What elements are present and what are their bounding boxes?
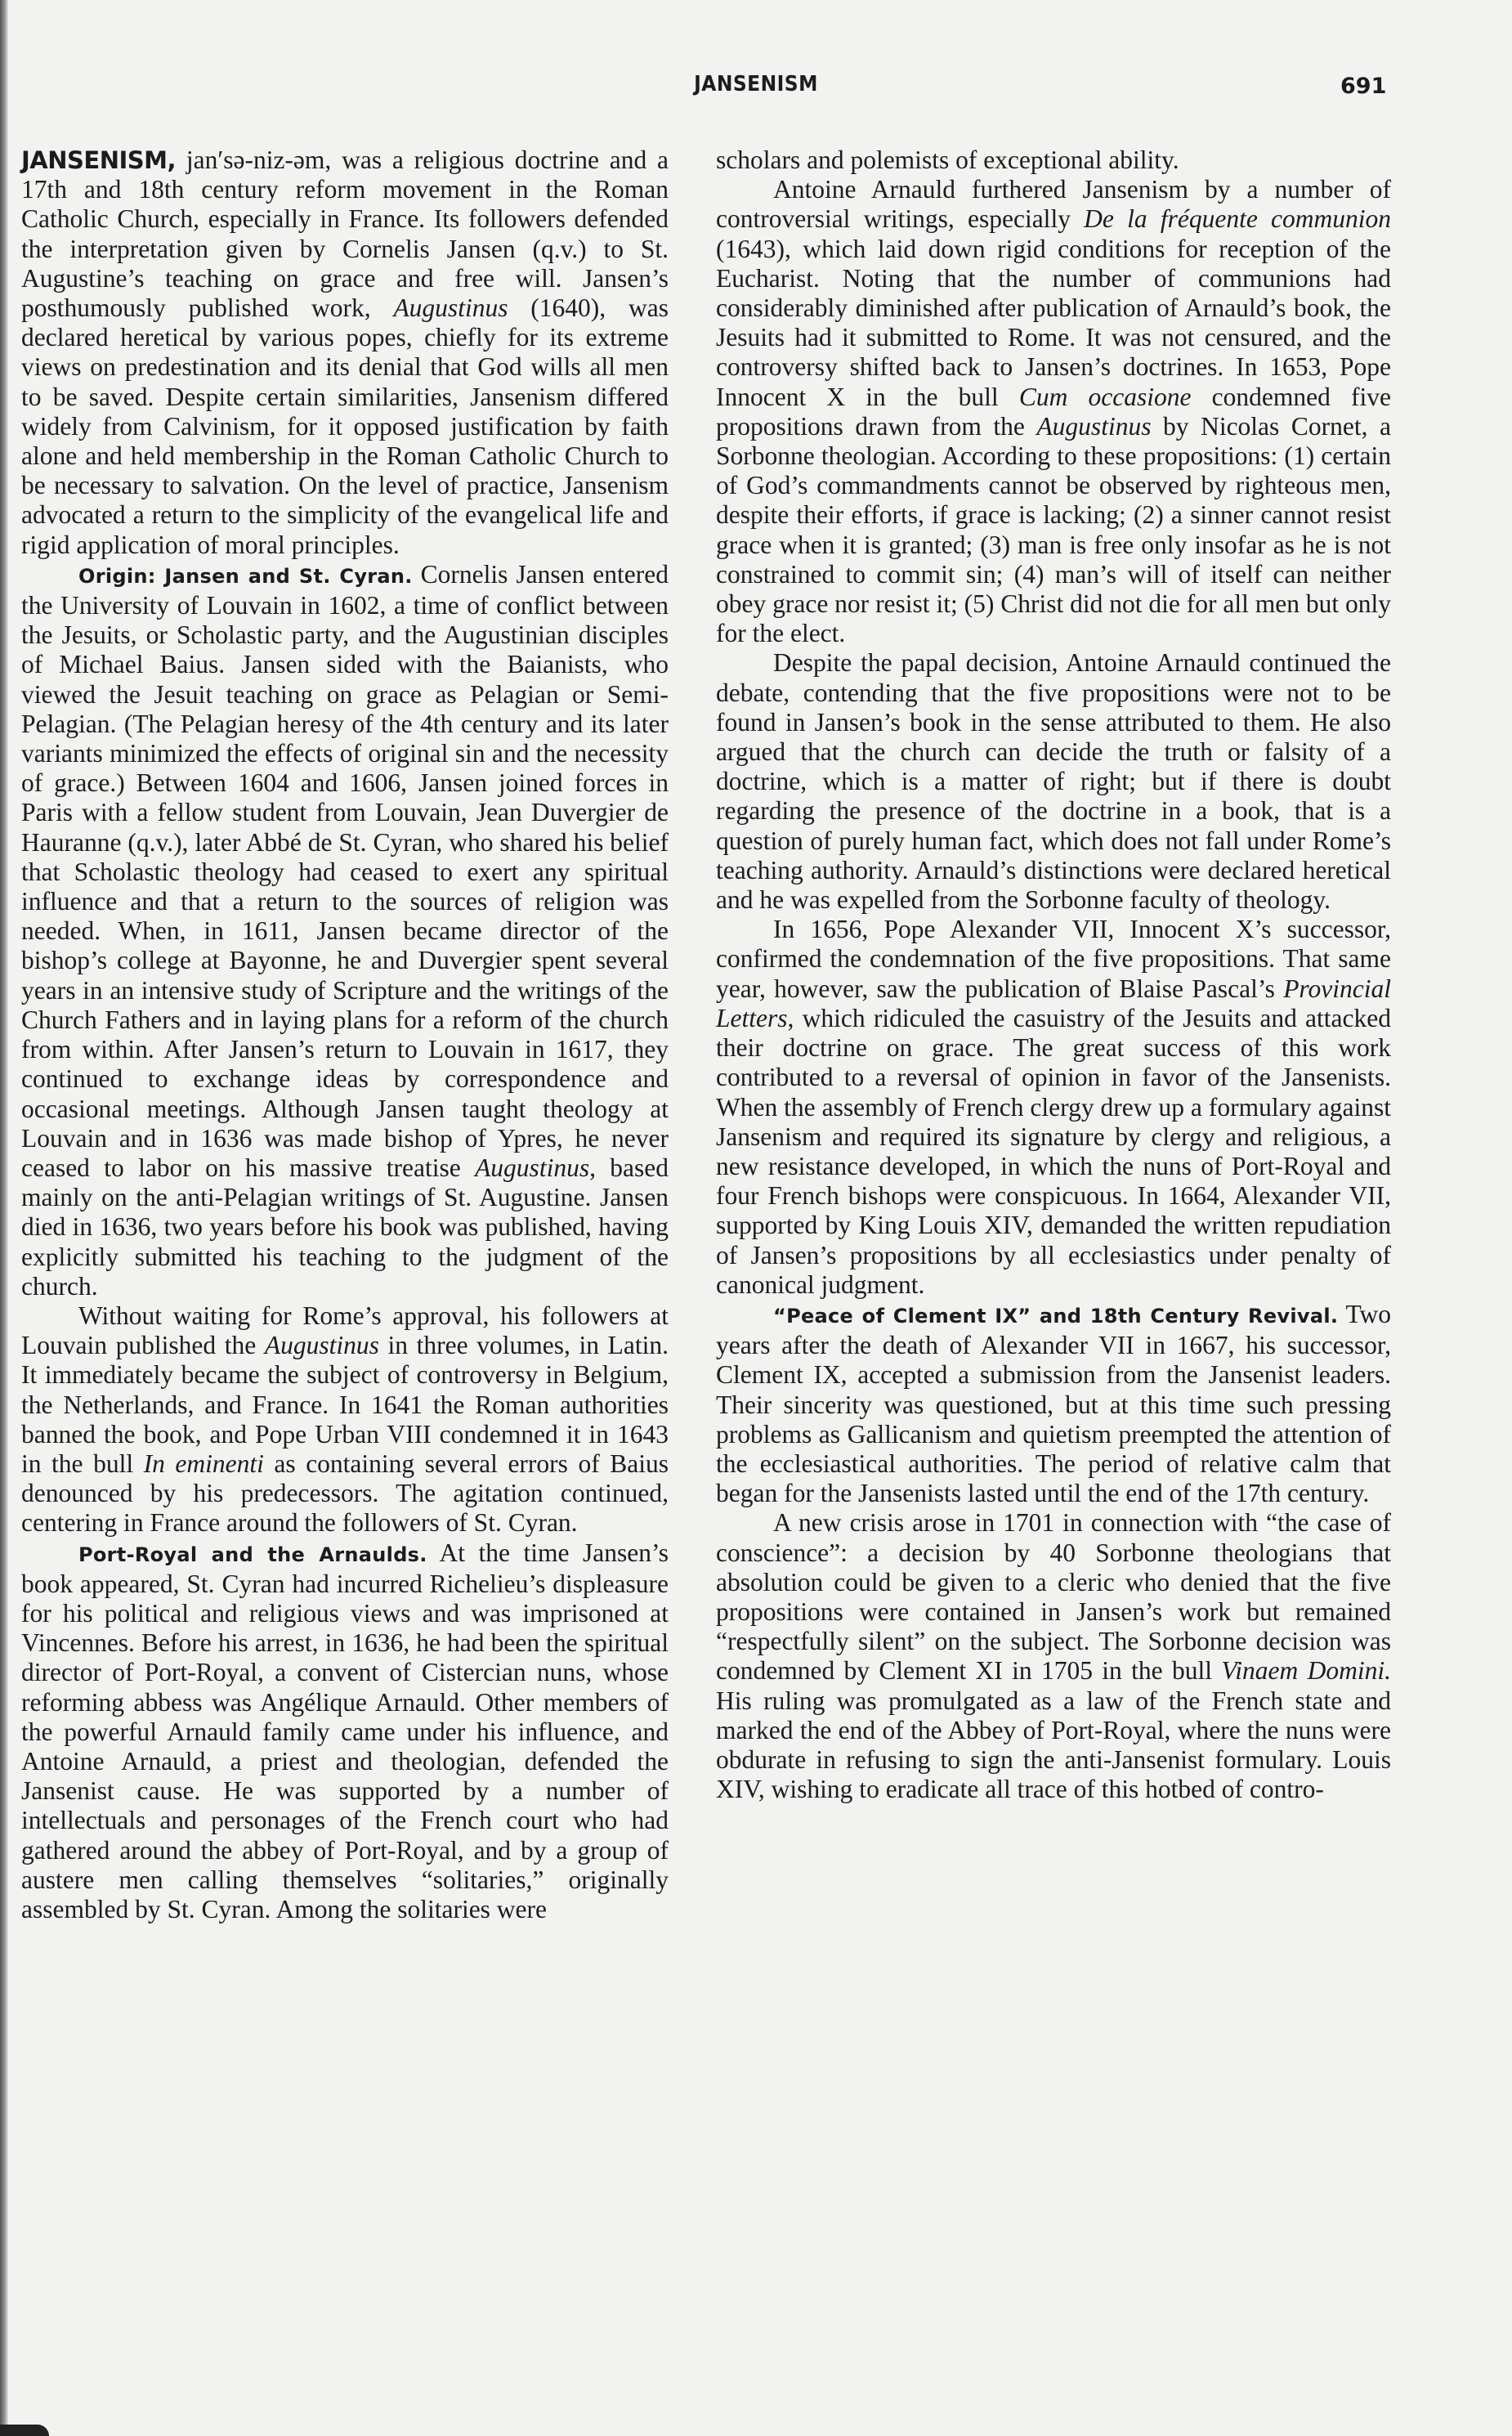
- paragraph-origin: Origin: Jansen and St. Cyran. Cornelis J…: [21, 560, 669, 1301]
- paragraph-text: His ruling was promulgated as a law of t…: [716, 1686, 1391, 1804]
- paragraph-text: Two years after the death of Alexander V…: [716, 1300, 1391, 1507]
- running-header: JANSENISM 691: [0, 72, 1512, 105]
- page-binding-shadow: [0, 0, 8, 2436]
- bull-title: Cum occasione: [1019, 383, 1192, 411]
- paragraph-arnauld: Antoine Arnauld furthered Jansenism by a…: [716, 175, 1391, 648]
- paragraph-1701-crisis: A new crisis arose in 1701 in connection…: [716, 1508, 1391, 1804]
- bull-title: Vinaem Domini.: [1221, 1656, 1391, 1685]
- book-title: Augustinus: [265, 1331, 379, 1359]
- text-column-left: JANSENISM, jan′sə-niz-əm, was a religiou…: [21, 146, 669, 1924]
- book-title: Augustinus: [475, 1153, 589, 1182]
- page-number: 691: [1340, 74, 1386, 99]
- paragraph-text: Cornelis Jansen entered the University o…: [21, 560, 669, 1182]
- bull-title: In eminenti: [144, 1449, 264, 1478]
- paragraph-text: scholars and polemists of exceptional ab…: [716, 146, 1179, 174]
- running-title: JANSENISM: [76, 72, 1437, 96]
- paragraph-text: At the time Jansen’s book appeared, St. …: [21, 1538, 669, 1923]
- section-heading: “Peace of Clement IX” and 18th Century R…: [773, 1305, 1338, 1328]
- book-title: Augustinus: [1036, 412, 1151, 441]
- paragraph-intro: JANSENISM, jan′sə-niz-əm, was a religiou…: [21, 146, 669, 560]
- book-title: Augustinus: [393, 293, 508, 322]
- section-heading: Origin: Jansen and St. Cyran.: [78, 565, 413, 588]
- text-column-right: scholars and polemists of exceptional ab…: [716, 146, 1391, 1804]
- article-headword: JANSENISM,: [21, 146, 176, 174]
- paragraph-text: by Nicolas Cornet, a Sorbonne theologian…: [716, 412, 1391, 647]
- paragraph-port-royal: Port-Royal and the Arnaulds. At the time…: [21, 1538, 669, 1925]
- book-title: De la fréquente communion: [1084, 204, 1391, 233]
- paragraph-papal-decision: Despite the papal decision, Antoine Arna…: [716, 648, 1391, 915]
- paragraph-continuation: scholars and polemists of exceptional ab…: [716, 146, 1391, 175]
- paragraph-1656: In 1656, Pope Alexander VII, Innocent X’…: [716, 915, 1391, 1300]
- paragraph-peace-of-clement: “Peace of Clement IX” and 18th Century R…: [716, 1300, 1391, 1508]
- paragraph-text: Despite the papal decision, Antoine Arna…: [716, 648, 1391, 914]
- paragraph-text: , which ridiculed the casuistry of the J…: [716, 1004, 1391, 1299]
- pronunciation: jan′sə-niz-əm,: [176, 146, 331, 174]
- section-heading: Port-Royal and the Arnaulds.: [78, 1543, 427, 1566]
- paragraph-publication: Without waiting for Rome’s approval, his…: [21, 1301, 669, 1538]
- page-corner-shadow: [0, 2425, 49, 2436]
- paragraph-text: (1640), was declared heretical by variou…: [21, 293, 669, 559]
